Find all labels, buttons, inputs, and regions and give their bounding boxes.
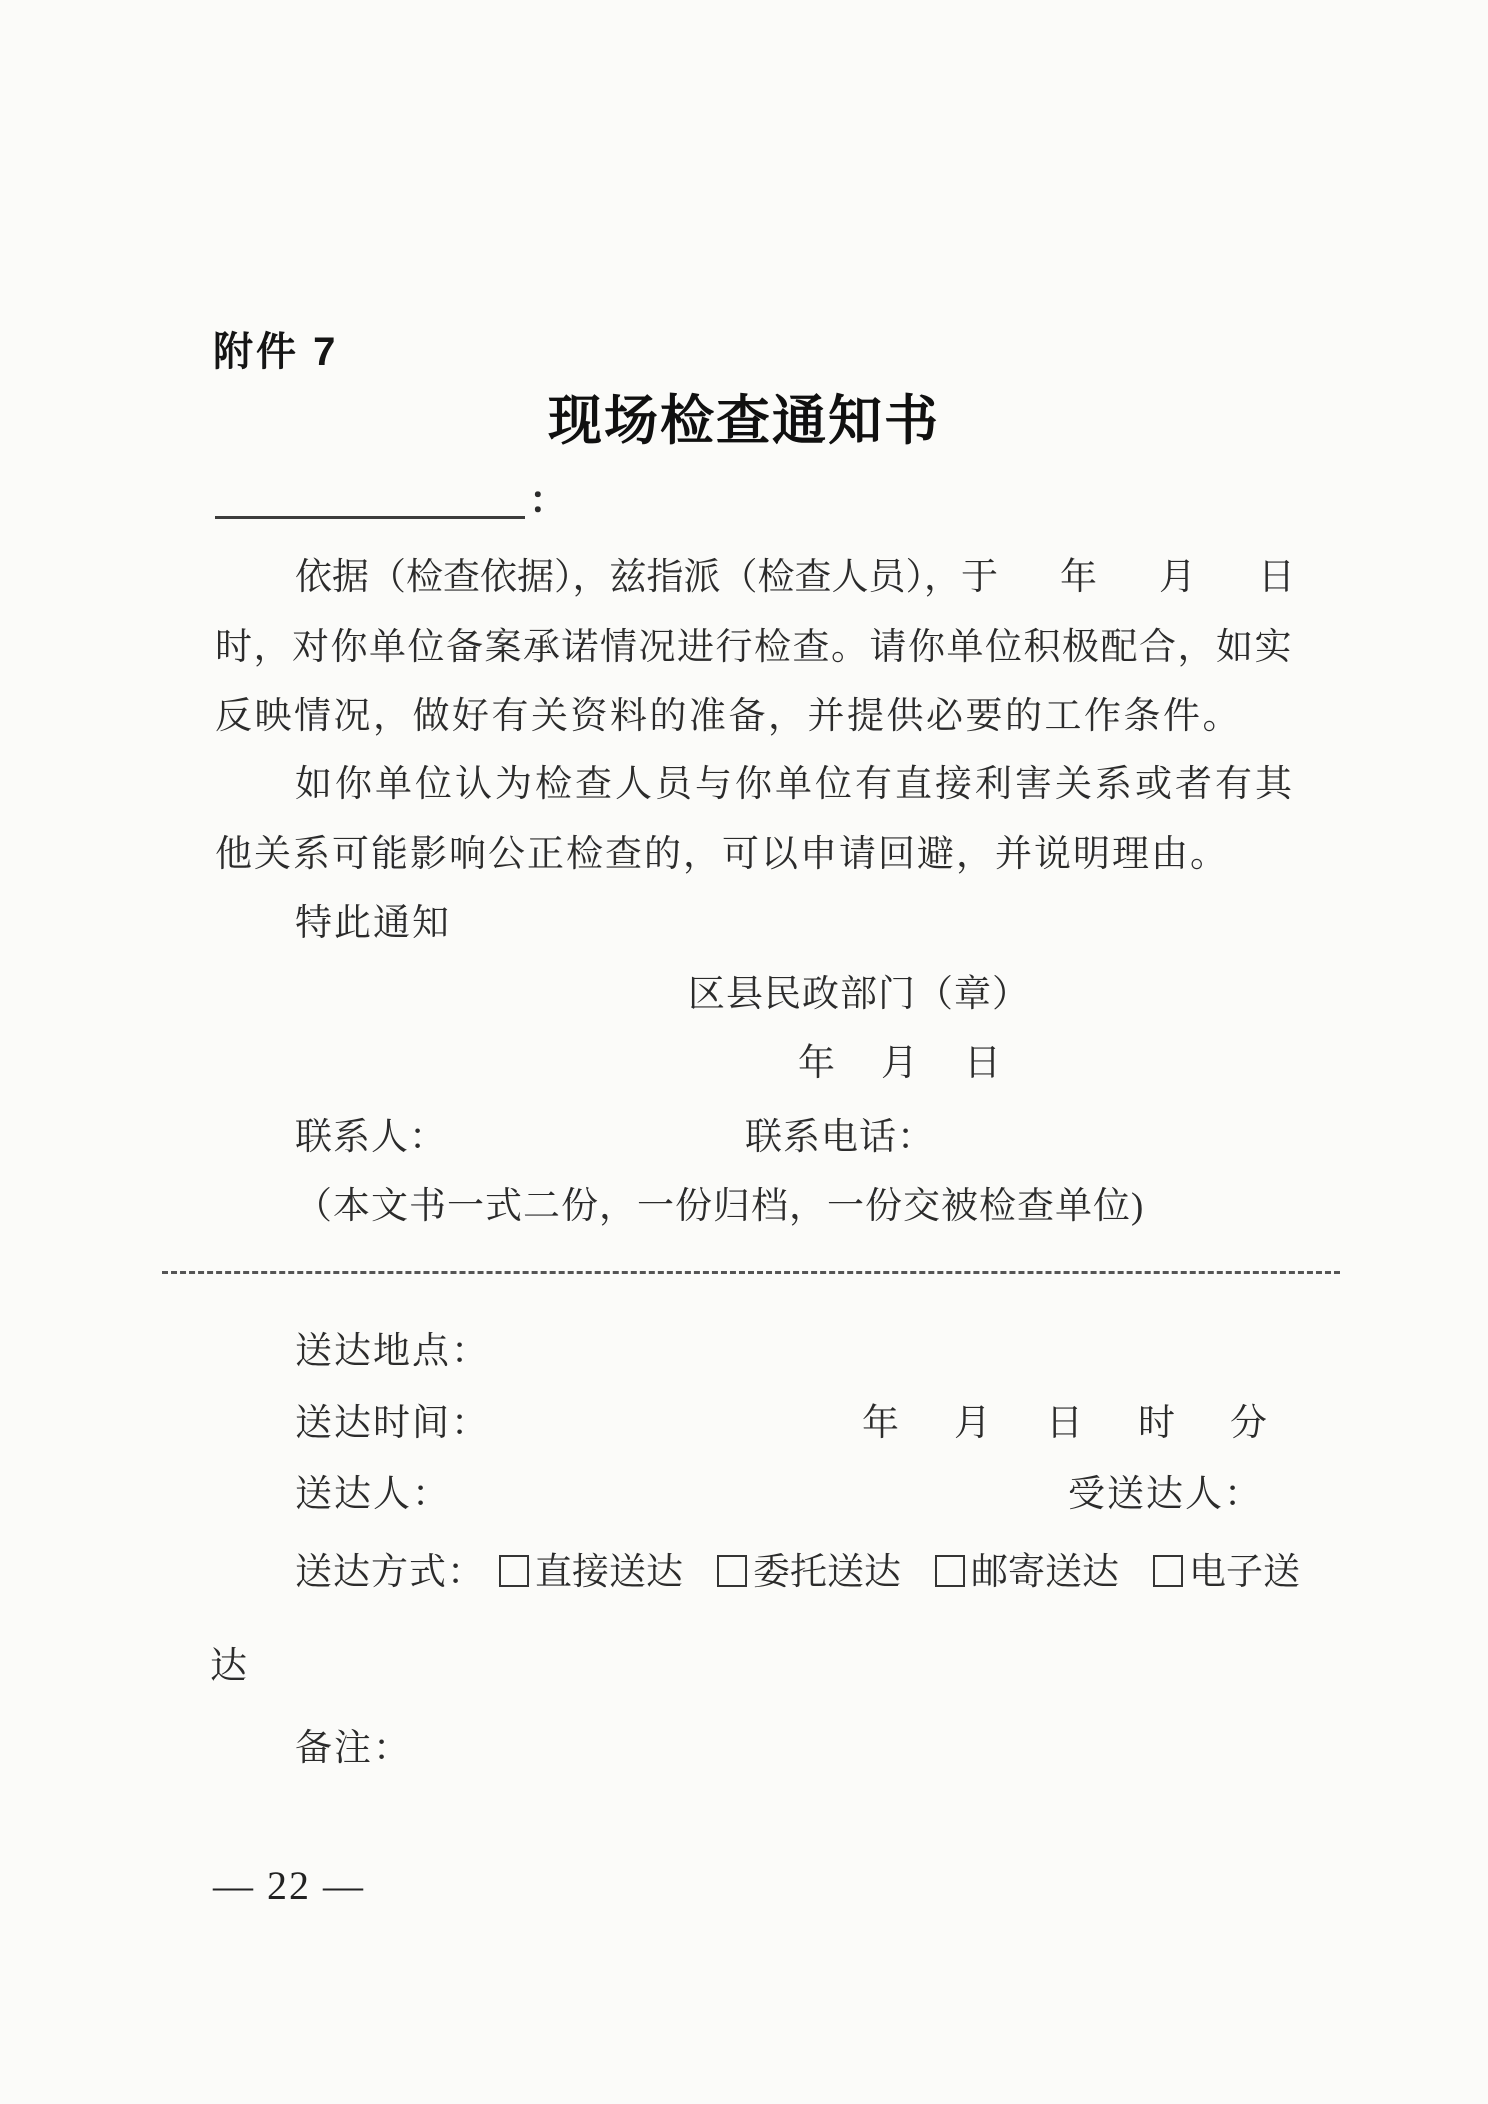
recipient-label: 受送达人： — [1068, 1473, 1263, 1517]
addressee-blank-underline — [215, 478, 525, 519]
blank-year: 年 — [1060, 557, 1097, 598]
blank-month: 月 — [1159, 557, 1196, 598]
checkbox-icon — [1153, 1555, 1183, 1587]
paragraph1-line3: 反映情况，做好有关资料的准备，并提供必要的工作条件。 — [215, 695, 1242, 739]
deliverer-label: 送达人： — [295, 1473, 451, 1517]
method-option-electronic: 电子送 — [1153, 1552, 1300, 1593]
signature-date-line: 年月日 — [798, 1042, 1001, 1086]
paragraph2-line1: 如你单位认为检查人员与你单位有直接利害关系或者有其 — [295, 763, 1295, 807]
delivery-method-row: 送达方式：直接送达委托送达邮寄送达电子送 — [295, 1551, 1300, 1595]
delivery-location-label: 送达地点： — [295, 1330, 490, 1374]
delivery-blank-minute: 分 — [1230, 1403, 1267, 1444]
signature-blank-year: 年 — [798, 1043, 835, 1084]
remarks-label: 备注： — [295, 1727, 412, 1771]
delivery-blank-day: 日 — [1046, 1403, 1083, 1444]
blank-day: 日 — [1258, 557, 1295, 598]
delivery-blank-month: 月 — [954, 1403, 991, 1444]
addressee-colon: ： — [529, 480, 567, 522]
paragraph1-line1-text: 依据（检查依据），兹指派（检查人员），于 — [295, 557, 998, 598]
paragraph1-line2: 时，对你单位备案承诺情况进行检查。请你单位积极配合，如实 — [215, 626, 1293, 670]
contact-phone-label: 联系电话： — [745, 1116, 935, 1160]
delivery-time-label: 送达时间： — [295, 1402, 490, 1446]
paragraph2-line2: 他关系可能影响公正检查的，可以申请回避，并说明理由。 — [215, 833, 1229, 877]
method-option-entrusted: 委托送达 — [717, 1552, 901, 1593]
attachment-label: 附件 7 — [213, 330, 338, 374]
checkbox-icon — [499, 1555, 529, 1587]
scanned-document-page: 附件 7 现场检查通知书 ： 依据（检查依据），兹指派（检查人员），于年月日 时… — [0, 0, 1488, 2104]
signature-blank-month: 月 — [881, 1043, 918, 1084]
paragraph1-line1: 依据（检查依据），兹指派（检查人员），于年月日 — [295, 556, 1295, 600]
signature-organization: 区县民政部门（章） — [688, 973, 1030, 1017]
method-option-direct: 直接送达 — [499, 1552, 683, 1593]
document-title: 现场检查通知书 — [0, 378, 1488, 455]
checkbox-icon — [935, 1555, 965, 1587]
checkbox-icon — [717, 1555, 747, 1587]
contact-person-label: 联系人： — [295, 1116, 447, 1160]
method-option-mail: 邮寄送达 — [935, 1552, 1119, 1593]
method-option-label: 电子送 — [1189, 1552, 1300, 1593]
signature-blank-day: 日 — [964, 1043, 1001, 1084]
dashed-divider — [162, 1271, 1340, 1274]
copies-note: （本文书一式二份，一份归档，一份交被检查单位) — [295, 1185, 1144, 1229]
delivery-blank-hour: 时 — [1138, 1403, 1175, 1444]
closing-phrase: 特此通知 — [295, 902, 451, 946]
method-option-electronic-wrap: 达 — [210, 1645, 247, 1689]
delivery-blank-year: 年 — [862, 1403, 899, 1444]
page-number: — 22 — — [213, 1864, 365, 1908]
method-option-label: 邮寄送达 — [971, 1552, 1119, 1593]
delivery-method-label: 送达方式： — [295, 1552, 485, 1593]
delivery-time-blanks: 年月日时分 — [862, 1402, 1267, 1446]
method-option-label: 直接送达 — [535, 1552, 683, 1593]
method-option-label: 委托送达 — [753, 1552, 901, 1593]
addressee-line: ： — [215, 478, 567, 530]
